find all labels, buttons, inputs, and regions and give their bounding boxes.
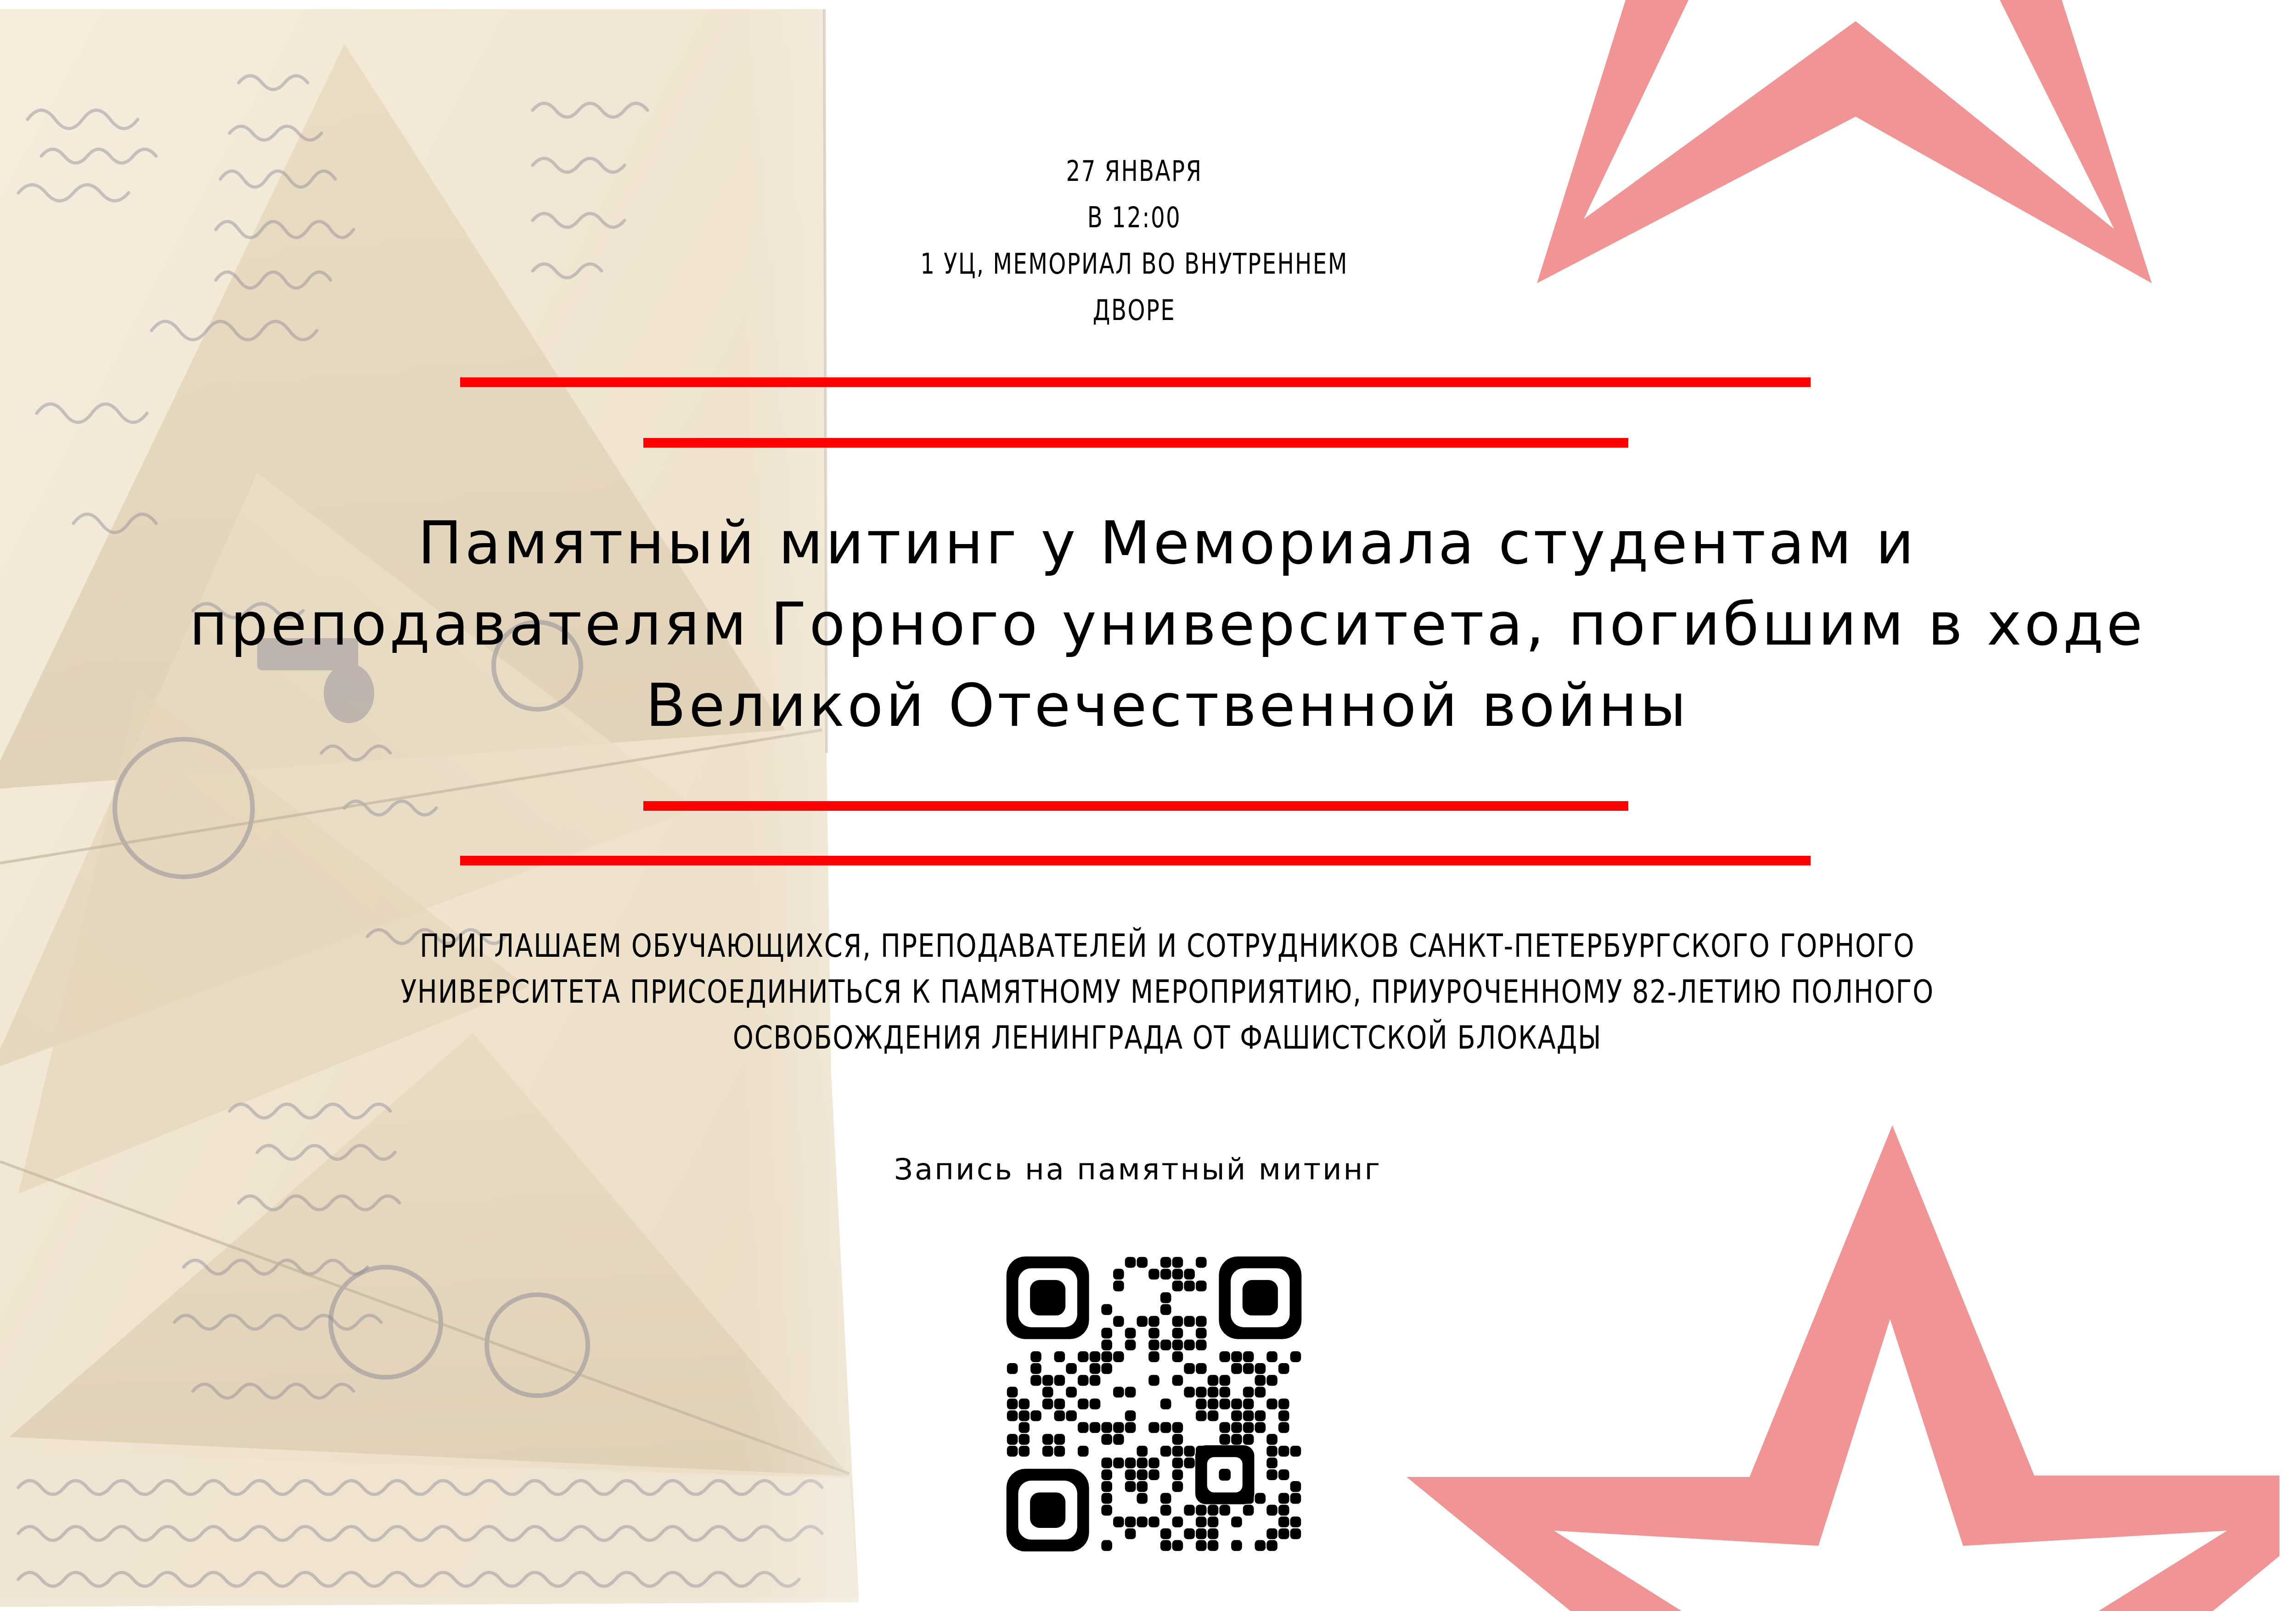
qr-code-icon[interactable] bbox=[995, 1245, 1313, 1563]
event-details: 27 ЯНВАРЯ В 12:00 1 УЦ, МЕМОРИАЛ ВО ВНУТ… bbox=[822, 148, 1446, 333]
title-line-3: Великой Отечественной войны bbox=[0, 665, 2296, 747]
red-divider-bottom-long bbox=[460, 856, 1811, 865]
invitation-text: ПРИГЛАШАЕМ ОБУЧАЮЩИХСЯ, ПРЕПОДАВАТЕЛЕЙ И… bbox=[210, 923, 2125, 1061]
invitation-line-3: ОСВОБОЖДЕНИЯ ЛЕНИНГРАДА ОТ ФАШИСТСКОЙ БЛ… bbox=[210, 1015, 2125, 1061]
invitation-line-2: УНИВЕРСИТЕТА ПРИСОЕДИНИТЬСЯ К ПАМЯТНОМУ … bbox=[210, 969, 2125, 1015]
red-divider-top-long bbox=[460, 377, 1811, 387]
signup-label: Запись на памятный митинг bbox=[781, 1151, 1495, 1188]
event-location-line-1: 1 УЦ, МЕМОРИАЛ ВО ВНУТРЕННЕМ bbox=[822, 241, 1446, 287]
red-divider-top-short bbox=[643, 438, 1628, 448]
event-location-line-2: ДВОРЕ bbox=[822, 287, 1446, 333]
event-time: В 12:00 bbox=[822, 194, 1446, 241]
invitation-line-1: ПРИГЛАШАЕМ ОБУЧАЮЩИХСЯ, ПРЕПОДАВАТЕЛЕЙ И… bbox=[210, 923, 2125, 969]
event-poster: 27 ЯНВАРЯ В 12:00 1 УЦ, МЕМОРИАЛ ВО ВНУТ… bbox=[0, 0, 2296, 1611]
red-divider-bottom-short bbox=[643, 801, 1628, 811]
event-date: 27 ЯНВАРЯ bbox=[822, 148, 1446, 194]
title-line-1: Памятный митинг у Мемориала студентам и bbox=[0, 503, 2296, 584]
page-title: Памятный митинг у Мемориала студентам и … bbox=[0, 503, 2296, 747]
title-line-2: преподавателям Горного университета, пог… bbox=[0, 584, 2296, 665]
